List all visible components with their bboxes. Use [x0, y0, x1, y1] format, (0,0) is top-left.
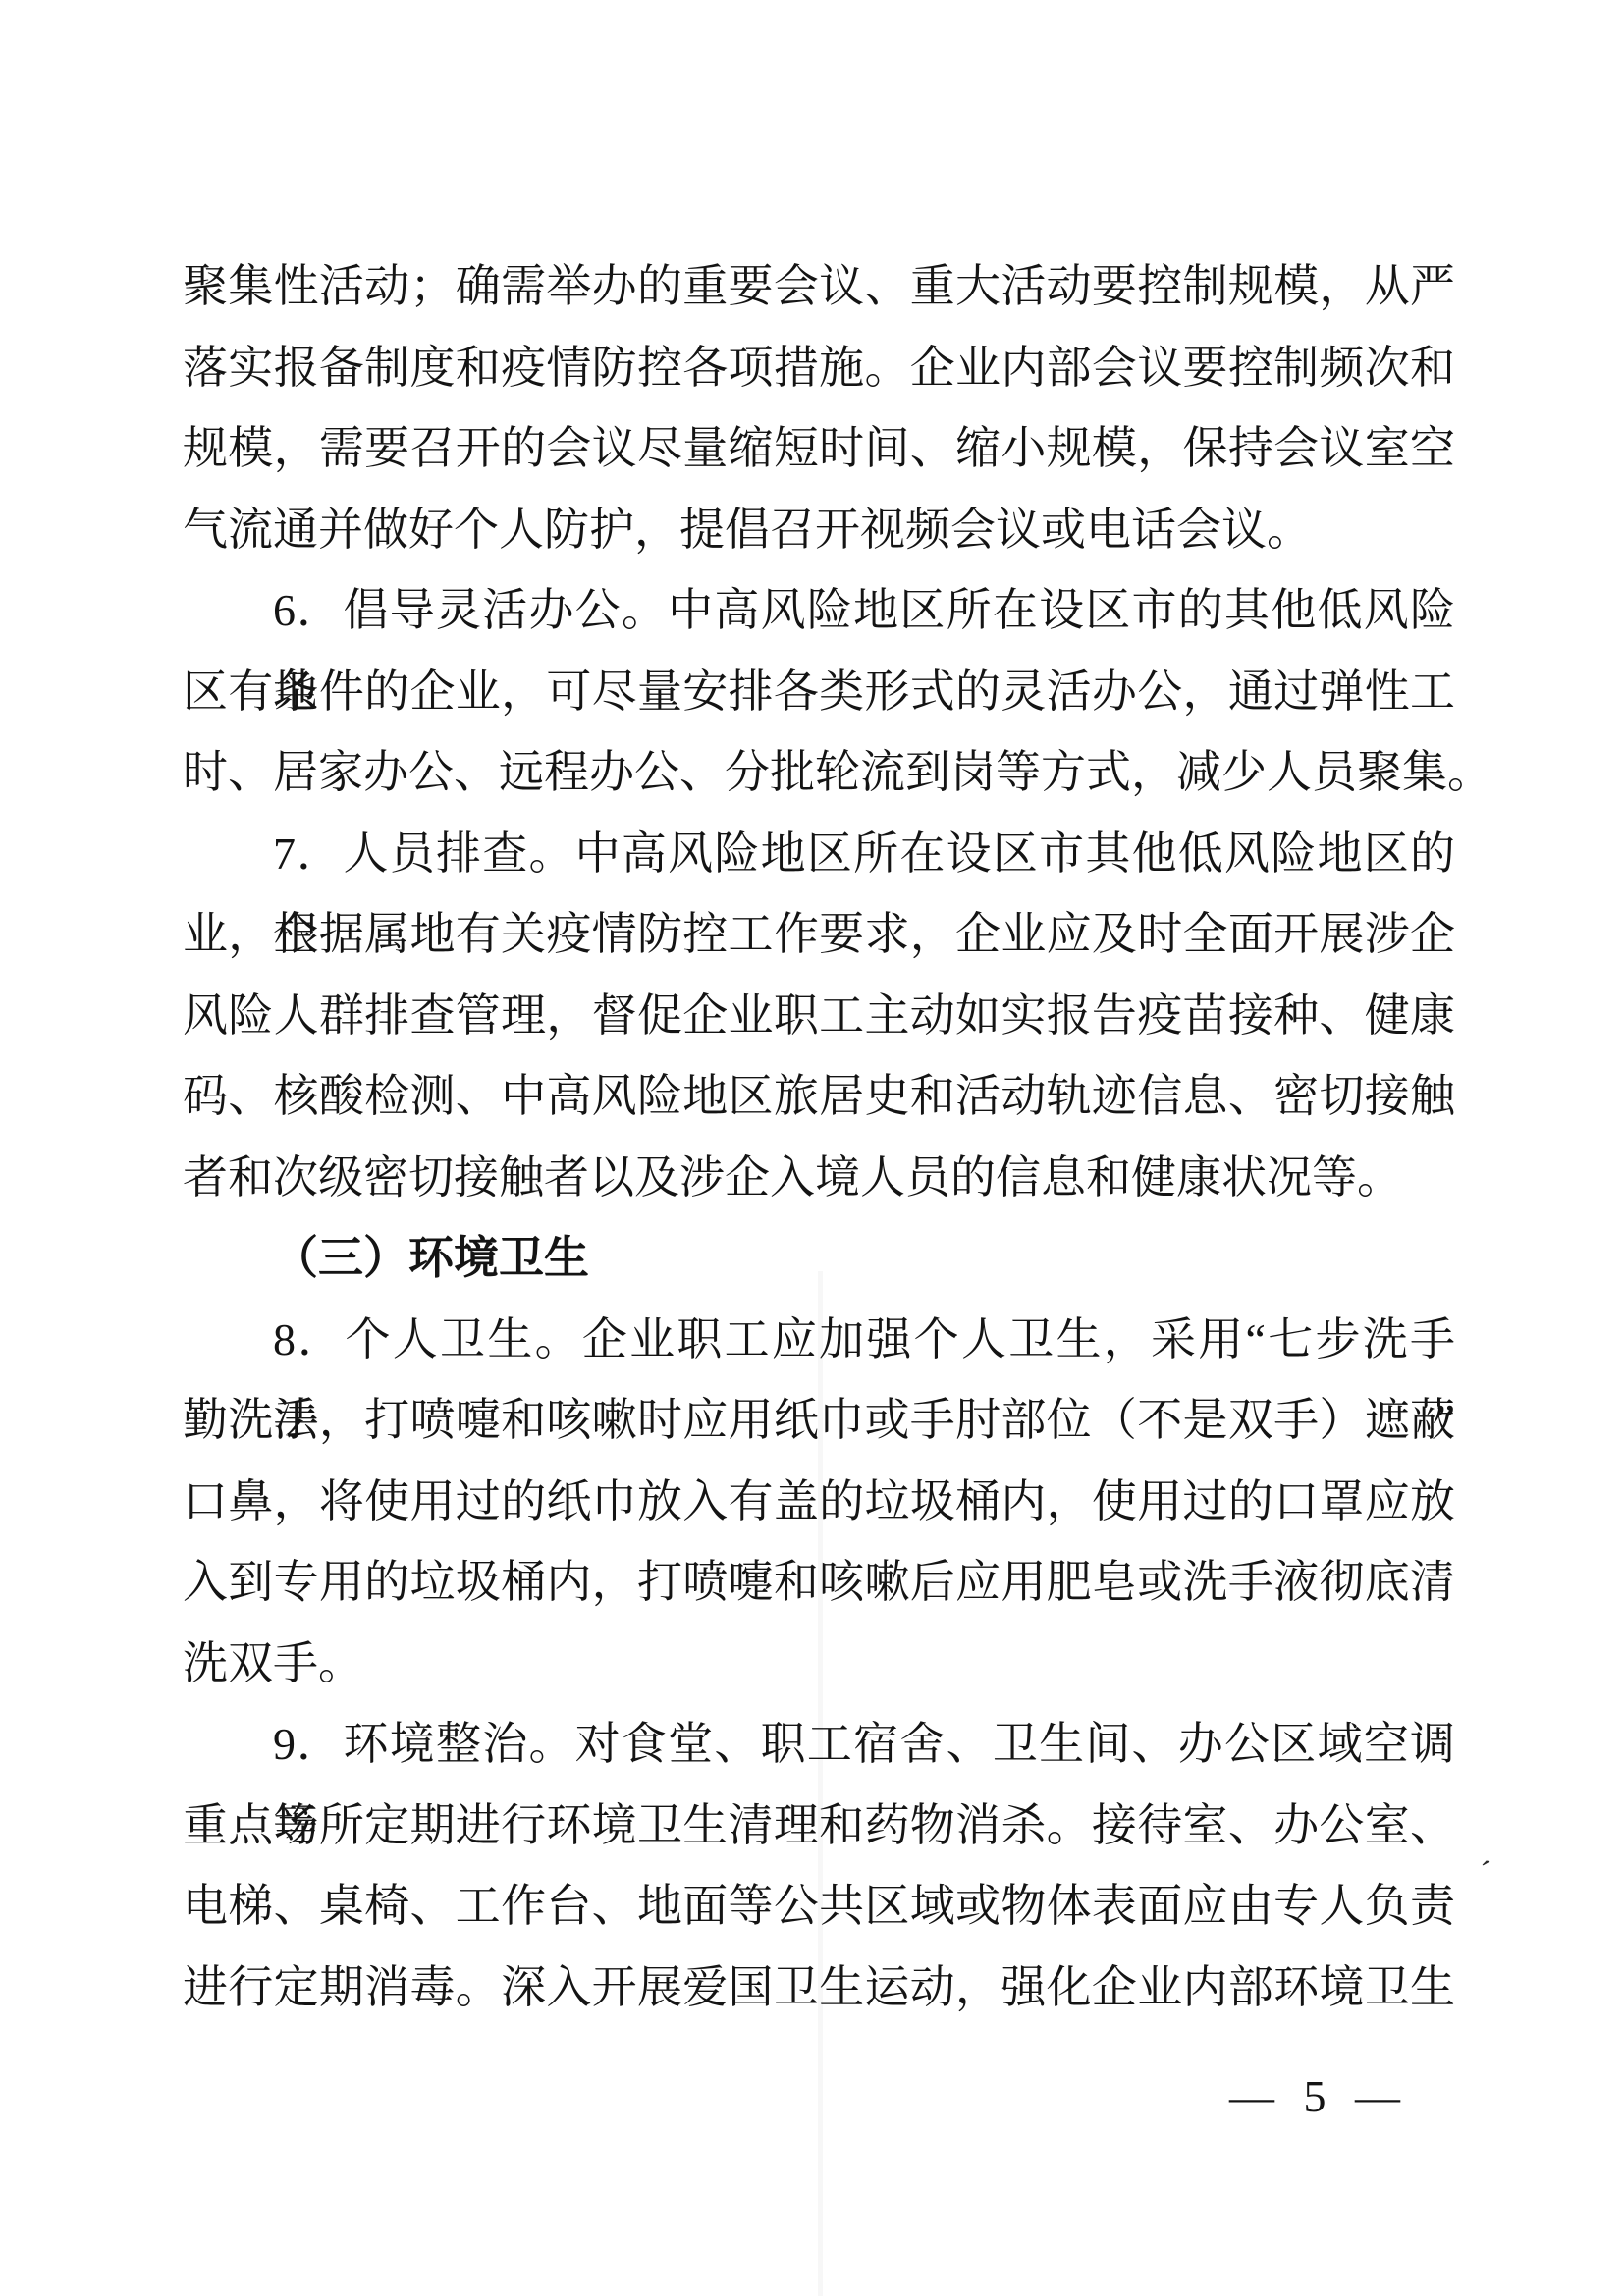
scanned-page: 聚集性活动；确需举办的重要会议、重大活动要控制规模，从严落实报备制度和疫情防控各…	[0, 0, 1624, 2296]
text-line: 时、居家办公、远程办公、分批轮流到岗等方式，减少人员聚集。	[183, 732, 1455, 814]
text-line: 规模，需要召开的会议尽量缩短时间、缩小规模，保持会议室空	[183, 408, 1455, 490]
text-line: 者和次级密切接触者以及涉企入境人员的信息和健康状况等。	[183, 1138, 1455, 1219]
scan-streak-artifact	[818, 1271, 823, 2296]
text-line: 聚集性活动；确需举办的重要会议、重大活动要控制规模，从严	[183, 246, 1455, 328]
text-line: 码、核酸检测、中高风险地区旅居史和活动轨迹信息、密切接触	[183, 1056, 1455, 1138]
page-number: — 5 —	[1229, 2074, 1404, 2119]
text-line: 业，根据属地有关疫情防控工作要求，企业应及时全面开展涉企	[183, 894, 1455, 976]
stray-mark-artifact: ˊ	[1476, 1854, 1492, 1893]
text-line: 6．倡导灵活办公。中高风险地区所在设区市的其他低风险地	[183, 570, 1455, 652]
text-line: 落实报备制度和疫情防控各项措施。企业内部会议要控制频次和	[183, 328, 1455, 409]
text-line: 风险人群排查管理，督促企业职工主动如实报告疫苗接种、健康	[183, 976, 1455, 1057]
text-line: 区有条件的企业，可尽量安排各类形式的灵活办公，通过弹性工	[183, 652, 1455, 733]
text-line: 7．人员排查。中高风险地区所在设区市其他低风险地区的企	[183, 814, 1455, 895]
text-line: 气流通并做好个人防护，提倡召开视频会议或电话会议。	[183, 490, 1455, 571]
